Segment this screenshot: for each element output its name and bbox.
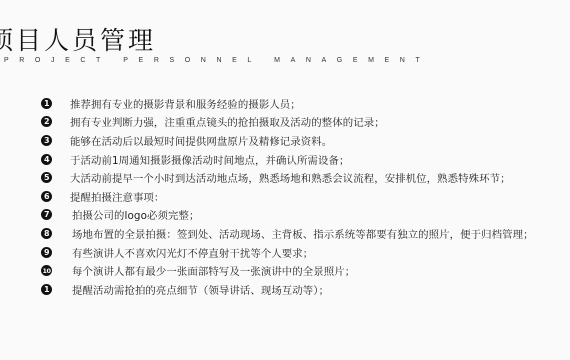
list-item: 6 提醒拍摄注意事项： — [41, 187, 561, 206]
page-subtitle: PROJECT PERSONNEL MANAGEMENT — [4, 57, 430, 64]
number-badge-icon: 7 — [41, 209, 52, 220]
list-item: 1 提醒活动需抢拍的亮点细节（领导讲话、现场互动等）； — [41, 280, 561, 299]
list-item: 2 拥有专业判断力强，注重重点镜头的抢拍摄取及活动的整体的记录； — [41, 113, 561, 132]
number-badge-icon: 4 — [41, 154, 52, 165]
list-item-text: 有些演讲人不喜欢闪光灯不停直射干扰等个人要求； — [72, 245, 313, 260]
list-item-text: 提醒活动需抢拍的亮点细节（领导讲话、现场互动等）； — [72, 282, 329, 297]
list-item: 1 推荐拥有专业的摄影背景和服务经验的摄影人员； — [41, 94, 561, 113]
list-item: 4 于活动前1周通知摄影摄像活动时间地点，并确认所需设备； — [41, 150, 561, 169]
list-item-text: 每个演讲人都有最少一张面部特写及一张演讲中的全景照片； — [72, 263, 355, 278]
number-badge-icon: 1 — [41, 284, 52, 295]
list-item: 8 场地布置的全景拍摄：签到处、活动现场、主背板、指示系统等都要有独立的照片，便… — [41, 224, 561, 243]
list-item-text: 拍摄公司的logo必须完整； — [72, 207, 200, 222]
list-item-text: 提醒拍摄注意事项： — [70, 189, 164, 204]
list-item: 9 有些演讲人不喜欢闪光灯不停直射干扰等个人要求； — [41, 243, 561, 262]
number-badge-icon: 8 — [41, 228, 52, 239]
list-item-text: 能够在活动后以最短时间提供网盘原片及精修记录资料。 — [70, 133, 332, 148]
number-badge-icon: 6 — [41, 191, 52, 202]
number-badge-icon: 10 — [41, 265, 52, 276]
number-badge-icon: 3 — [41, 135, 52, 146]
number-badge-icon: 2 — [41, 116, 52, 127]
list-item: 10 每个演讲人都有最少一张面部特写及一张演讲中的全景照片； — [41, 261, 561, 280]
number-badge-icon: 9 — [41, 247, 52, 258]
list-item: 3 能够在活动后以最短时间提供网盘原片及精修记录资料。 — [41, 131, 561, 150]
requirements-list: 1 推荐拥有专业的摄影背景和服务经验的摄影人员； 2 拥有专业判断力强，注重重点… — [41, 94, 561, 299]
list-item-text: 于活动前1周通知摄影摄像活动时间地点，并确认所需设备； — [70, 152, 349, 167]
number-badge-icon: 1 — [41, 98, 52, 109]
list-item: 5 大活动前提早一个小时到达活动地点场，熟悉场地和熟悉会议流程，安排机位，熟悉特… — [41, 168, 561, 187]
page-title: 项目人员管理 — [0, 26, 156, 56]
list-item: 7 拍摄公司的logo必须完整； — [41, 206, 561, 225]
list-item-text: 大活动前提早一个小时到达活动地点场，熟悉场地和熟悉会议流程，安排机位，熟悉特殊环… — [70, 170, 511, 185]
number-badge-icon: 5 — [41, 172, 52, 183]
list-item-text: 拥有专业判断力强，注重重点镜头的抢拍摄取及活动的整体的记录； — [70, 114, 385, 129]
list-item-text: 推荐拥有专业的摄影背景和服务经验的摄影人员； — [70, 96, 301, 111]
list-item-text: 场地布置的全景拍摄：签到处、活动现场、主背板、指示系统等都要有独立的照片，便于归… — [72, 226, 534, 241]
